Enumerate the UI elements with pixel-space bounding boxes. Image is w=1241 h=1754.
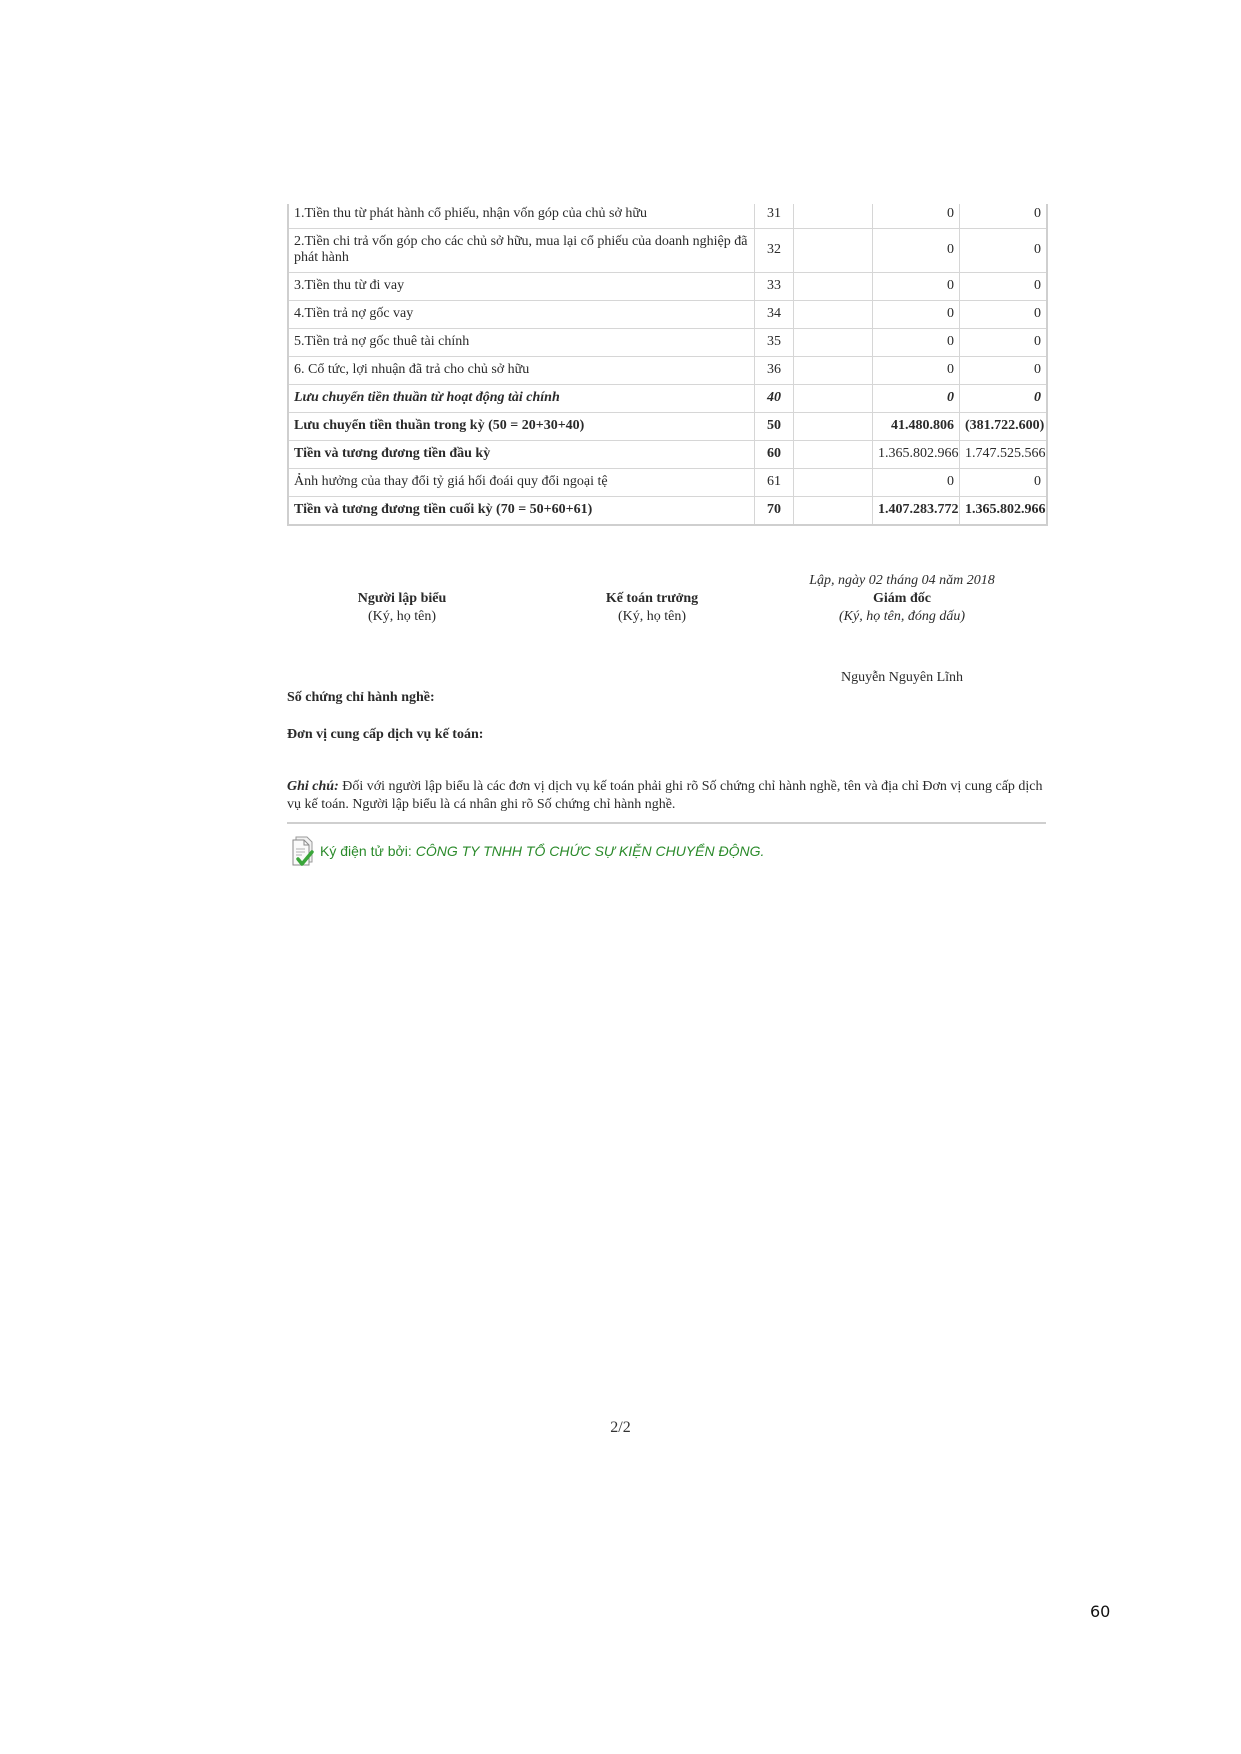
row-code: 32 [755,229,794,273]
esign-label: Ký điện tử bởi: [320,843,412,859]
row-label: 4.Tiền trả nợ gốc vay [288,301,755,329]
chief-accountant-title: Kế toán trưởng [577,590,727,608]
row-label: 2.Tiền chi trả vốn góp cho các chủ sở hữ… [288,229,755,273]
table-row: 6. Cổ tức, lợi nhuận đã trả cho chủ sở h… [288,357,1047,385]
director-signature: Lập, ngày 02 tháng 04 năm 2018 Giám đốc … [797,572,1007,626]
row-note [794,441,873,469]
row-code: 61 [755,469,794,497]
row-note [794,413,873,441]
chief-accountant-subtitle: (Ký, họ tên) [577,608,727,626]
row-previous-value: 0 [960,204,1048,229]
row-code: 33 [755,273,794,301]
row-previous-value: 0 [960,229,1048,273]
cash-flow-table: 1.Tiền thu từ phát hành cổ phiếu, nhận v… [287,204,1048,526]
row-previous-value: 0 [960,385,1048,413]
row-previous-value: 1.747.525.566 [960,441,1048,469]
row-previous-value: 0 [960,357,1048,385]
table-row: Tiền và tương đương tiền đầu kỳ601.365.8… [288,441,1047,469]
row-note [794,229,873,273]
preparer-signature: Người lập biểu (Ký, họ tên) [327,590,477,626]
row-current-value: 1.365.802.966 [873,441,960,469]
row-previous-value: (381.722.600) [960,413,1048,441]
row-current-value: 0 [873,204,960,229]
row-label: 3.Tiền thu từ đi vay [288,273,755,301]
footnote-text: Đối với người lập biểu là các đơn vị dịc… [287,779,1043,812]
row-note [794,204,873,229]
row-label: Lưu chuyển tiền thuần từ hoạt động tài c… [288,385,755,413]
row-code: 36 [755,357,794,385]
row-current-value: 0 [873,329,960,357]
row-note [794,301,873,329]
row-label: Ảnh hưởng của thay đổi tỷ giá hối đoái q… [288,469,755,497]
row-previous-value: 0 [960,273,1048,301]
row-previous-value: 0 [960,469,1048,497]
report-date: Lập, ngày 02 tháng 04 năm 2018 [797,572,1007,590]
row-note [794,469,873,497]
electronic-signature: Ký điện tử bởi: CÔNG TY TNHH TỔ CHỨC SỰ … [290,834,764,868]
row-label: Tiền và tương đương tiền đầu kỳ [288,441,755,469]
row-label: Tiền và tương đương tiền cuối kỳ (70 = 5… [288,497,755,526]
preparer-title: Người lập biểu [327,590,477,608]
table-row: Lưu chuyển tiền thuần trong kỳ (50 = 20+… [288,413,1047,441]
director-name: Nguyễn Nguyên Lĩnh [797,670,1007,686]
accounting-provider-label: Đơn vị cung cấp dịch vụ kế toán: [287,727,483,743]
cash-flow-table-container: 1.Tiền thu từ phát hành cổ phiếu, nhận v… [287,204,1046,526]
table-row: 3.Tiền thu từ đi vay3300 [288,273,1047,301]
row-label: 5.Tiền trả nợ gốc thuê tài chính [288,329,755,357]
row-current-value: 0 [873,357,960,385]
table-row: 4.Tiền trả nợ gốc vay3400 [288,301,1047,329]
row-code: 70 [755,497,794,526]
signature-block: Người lập biểu (Ký, họ tên) Kế toán trưở… [287,572,1046,692]
row-previous-value: 1.365.802.966 [960,497,1048,526]
row-current-value: 0 [873,273,960,301]
divider [287,822,1046,824]
page-number: 60 [1090,1602,1110,1621]
esign-company: CÔNG TY TNHH TỔ CHỨC SỰ KIỆN CHUYỂN ĐỘNG… [416,843,765,859]
table-row: 2.Tiền chi trả vốn góp cho các chủ sở hữ… [288,229,1047,273]
row-note [794,329,873,357]
row-previous-value: 0 [960,329,1048,357]
row-current-value: 1.407.283.772 [873,497,960,526]
table-row: Ảnh hưởng của thay đổi tỷ giá hối đoái q… [288,469,1047,497]
row-code: 40 [755,385,794,413]
table-row: 5.Tiền trả nợ gốc thuê tài chính3500 [288,329,1047,357]
chief-accountant-signature: Kế toán trưởng (Ký, họ tên) [577,590,727,626]
row-current-value: 0 [873,385,960,413]
signed-document-check-icon [290,835,318,867]
row-current-value: 41.480.806 [873,413,960,441]
row-code: 34 [755,301,794,329]
director-subtitle: (Ký, họ tên, đóng dấu) [797,608,1007,626]
footnote: Ghi chú: Đối với người lập biểu là các đ… [287,778,1047,814]
row-note [794,385,873,413]
row-note [794,497,873,526]
preparer-subtitle: (Ký, họ tên) [327,608,477,626]
row-label: 6. Cổ tức, lợi nhuận đã trả cho chủ sở h… [288,357,755,385]
row-code: 50 [755,413,794,441]
row-label: 1.Tiền thu từ phát hành cổ phiếu, nhận v… [288,204,755,229]
table-row: Tiền và tương đương tiền cuối kỳ (70 = 5… [288,497,1047,526]
row-note [794,357,873,385]
certificate-number-label: Số chứng chỉ hành nghề: [287,690,435,706]
row-current-value: 0 [873,301,960,329]
row-code: 35 [755,329,794,357]
row-note [794,273,873,301]
row-current-value: 0 [873,229,960,273]
director-title: Giám đốc [797,590,1007,608]
row-current-value: 0 [873,469,960,497]
page-counter: 2/2 [0,1419,1241,1437]
row-label: Lưu chuyển tiền thuần trong kỳ (50 = 20+… [288,413,755,441]
row-code: 60 [755,441,794,469]
row-previous-value: 0 [960,301,1048,329]
table-row: Lưu chuyển tiền thuần từ hoạt động tài c… [288,385,1047,413]
table-row: 1.Tiền thu từ phát hành cổ phiếu, nhận v… [288,204,1047,229]
row-code: 31 [755,204,794,229]
footnote-label: Ghi chú: [287,779,339,794]
